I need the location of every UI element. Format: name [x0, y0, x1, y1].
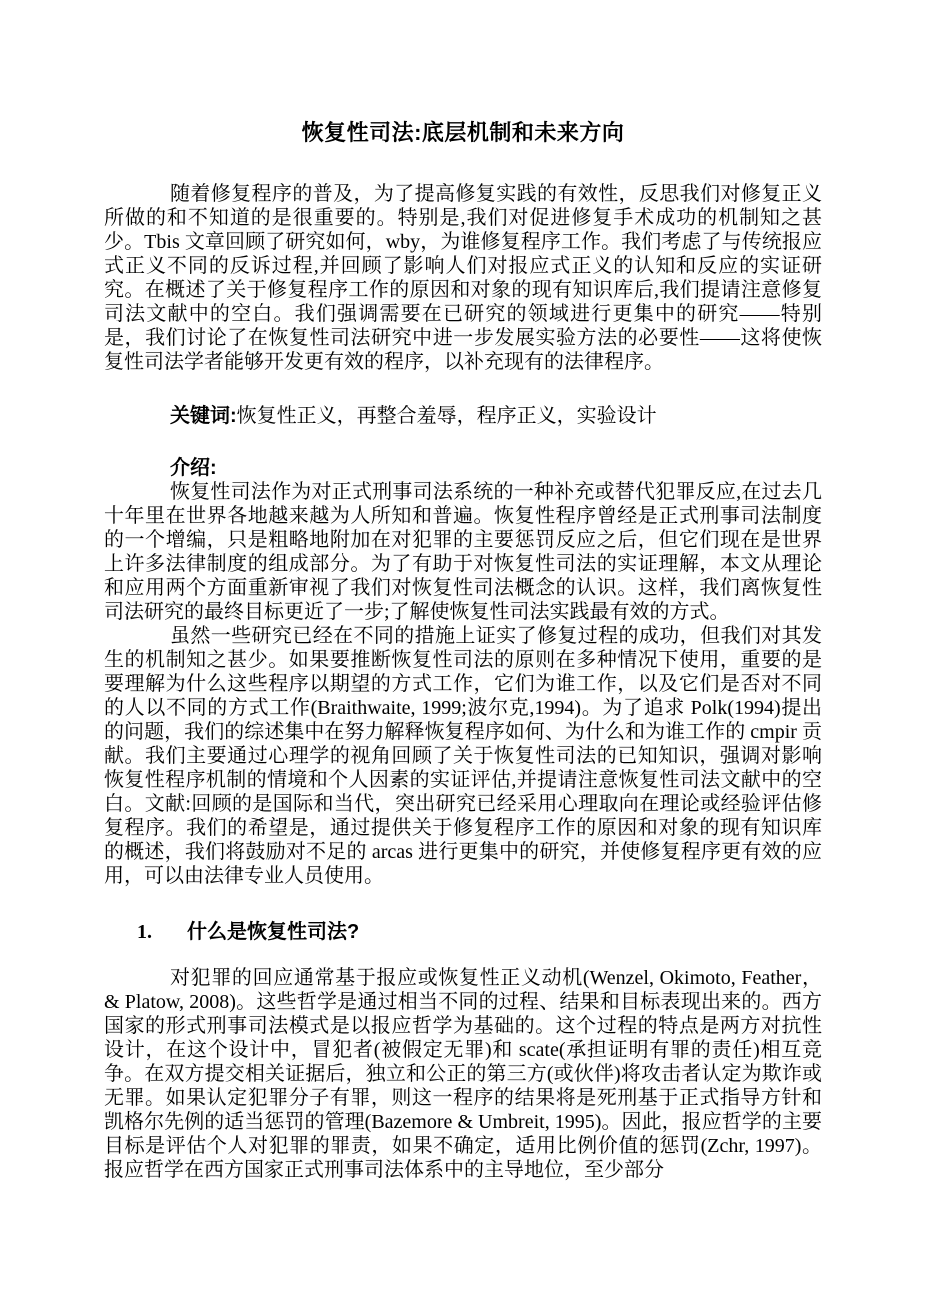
- section-1-heading: 1.什么是恢复性司法?: [104, 920, 822, 944]
- keywords-label: 关键词:: [170, 405, 237, 427]
- section-1-number: 1.: [137, 921, 152, 943]
- document-page: 恢复性司法:底层机制和未来方向 随着修复程序的普及，为了提高修复实践的有效性，反…: [0, 0, 926, 1309]
- document-title: 恢复性司法:底层机制和未来方向: [104, 118, 822, 148]
- intro-heading: 介绍:: [104, 456, 822, 480]
- abstract-paragraph: 随着修复程序的普及，为了提高修复实践的有效性，反思我们对修复正义所做的和不知道的…: [104, 182, 822, 374]
- keywords-text: 恢复性正义，再整合羞辱，程序正义，实验设计: [237, 405, 657, 427]
- keywords-line: 关键词:恢复性正义，再整合羞辱，程序正义，实验设计: [104, 404, 822, 428]
- intro-heading-label: 介绍:: [170, 457, 217, 479]
- section-1-title: 什么是恢复性司法?: [187, 921, 359, 943]
- intro-paragraph-1: 恢复性司法作为对正式刑事司法系统的一种补充或替代犯罪反应,在过去几十年里在世界各…: [104, 480, 822, 624]
- section-1-paragraph: 对犯罪的回应通常基于报应或恢复性正义动机(Wenzel, Okimoto, Fe…: [104, 966, 822, 1182]
- intro-paragraph-2: 虽然一些研究已经在不同的措施上证实了修复过程的成功，但我们对其发生的机制知之甚少…: [104, 624, 822, 888]
